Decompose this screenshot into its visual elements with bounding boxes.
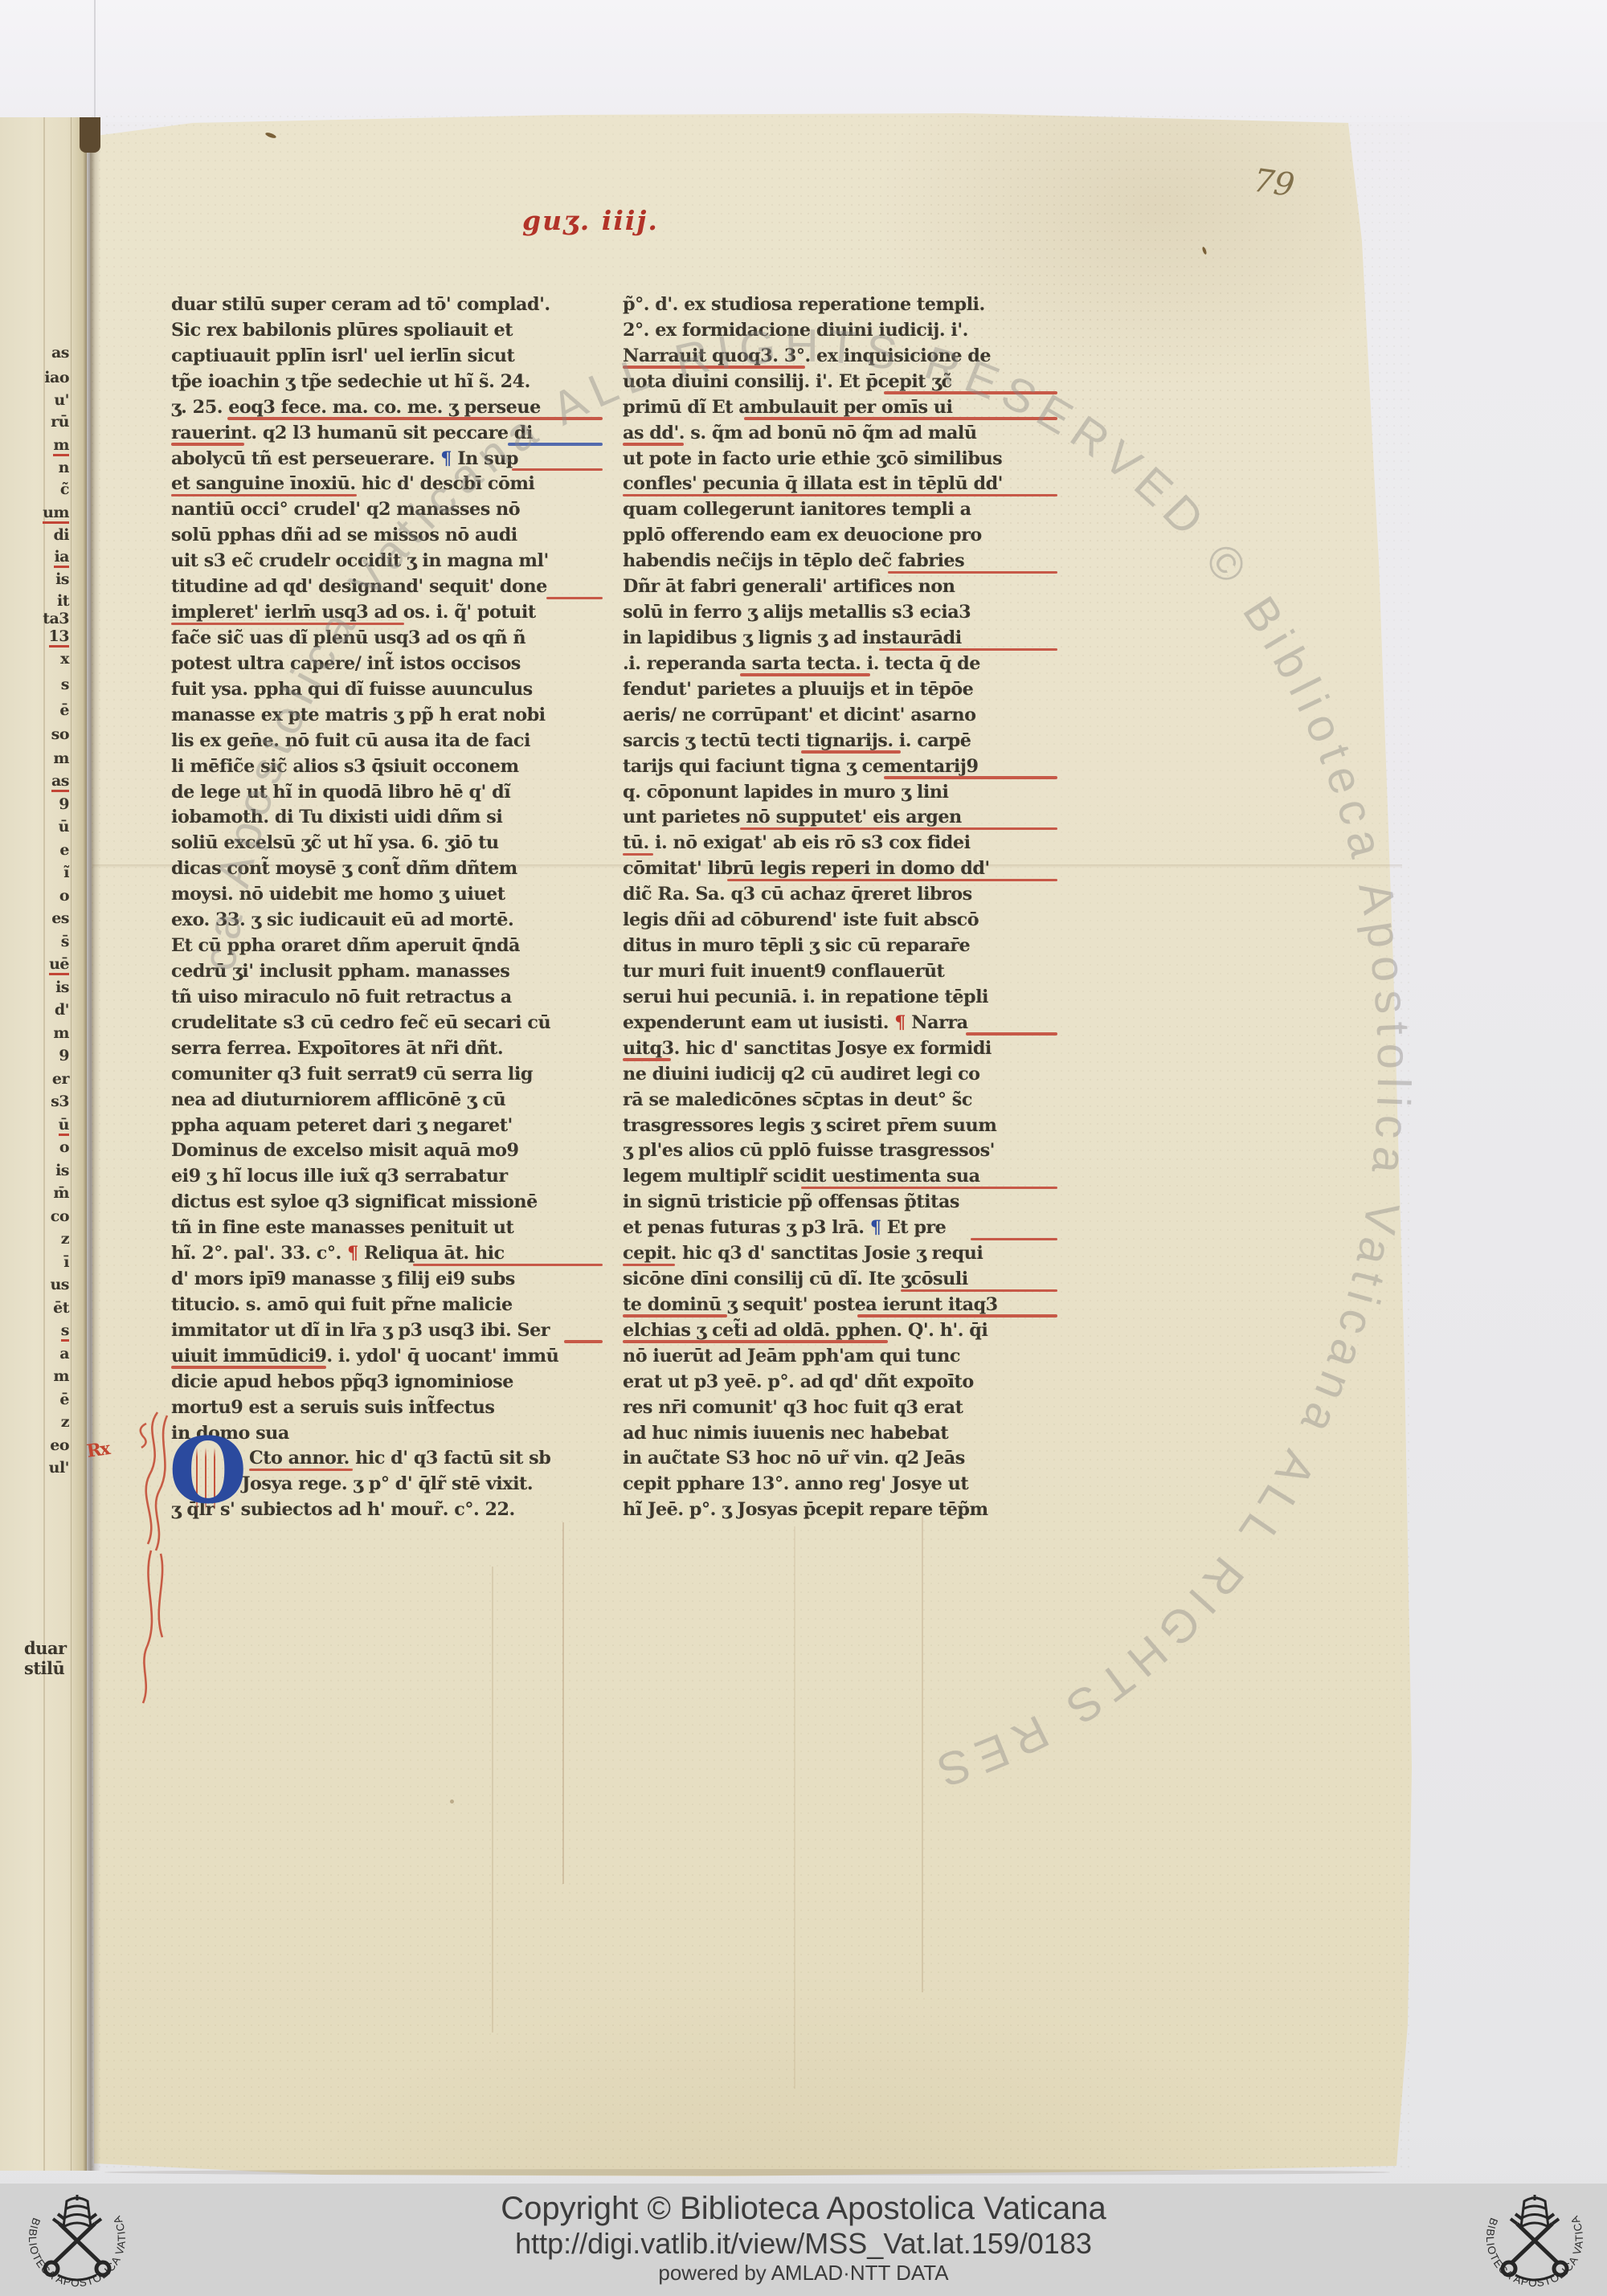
manuscript-line-text: res nr̄i comunit' q3 hoc fuit q3 erat xyxy=(623,1397,963,1418)
manuscript-line-text: cedrū ʒi' inclusit ppham. manasses xyxy=(171,961,509,982)
red-underline xyxy=(901,1289,1057,1292)
manuscript-line: solū in ferro ʒ alijs metallis s3 ecia3 xyxy=(623,602,1057,627)
manuscript-line: tarijs qui faciunt tigna ʒ cementarij9 xyxy=(623,756,1057,782)
manuscript-line: tū. i. nō exigat' ab eis rō s3 cox fidei xyxy=(623,832,1057,858)
manuscript-line: cedrū ʒi' inclusit ppham. manasses xyxy=(171,961,603,987)
facing-page-text-fragment: 13 xyxy=(49,629,69,648)
red-underline xyxy=(801,750,901,753)
manuscript-line: expenderunt eam ut iusisti. ¶ Narra xyxy=(623,1012,1057,1038)
manuscript-line-text: in signū tristicie pp̃ offensas p̃titas xyxy=(623,1191,959,1212)
manuscript-line-text: d' mors ipī9 manasse ʒ filij ei9 subs xyxy=(171,1269,515,1289)
red-underline xyxy=(623,1058,671,1060)
facing-page-text-fragment: ū xyxy=(59,819,69,835)
running-title: guʒ. iiij. xyxy=(522,205,659,236)
manuscript-line: serui hui pecuniā. i. in repatione tēpli xyxy=(623,987,1057,1012)
manuscript-line-text: dicie apud hebos pp̃q3 ignominiose xyxy=(171,1371,513,1392)
manuscript-line: ditus in muro tēpli ʒ sic cū reparar̄e xyxy=(623,935,1057,961)
manuscript-line: impleret' ierlm̄ usq3 ad os. i. q̃' potu… xyxy=(171,602,603,627)
facing-page-text-fragment: s̄ xyxy=(61,934,69,950)
manuscript-line: tñ in fine este manasses penituit ut xyxy=(171,1217,603,1243)
facing-page-text-fragment: is xyxy=(55,980,69,995)
red-underline xyxy=(623,1314,727,1317)
manuscript-line: primū dĩ Et ambulauit per omīs ui xyxy=(623,397,1057,423)
manuscript-line-text: exo. 33. ʒ sic iudicauit eū ad mortē. xyxy=(171,909,513,930)
manuscript-line-text: Dñr āt fabri generali' artifices non xyxy=(623,576,955,597)
red-underline xyxy=(227,417,603,419)
facing-page-text-fragment: s3 xyxy=(51,1094,69,1109)
manuscript-line-text: elchias ʒ cet̃i ad oldā. pphen. Q'. h'. … xyxy=(623,1320,988,1341)
powered-by-line: powered by AMLAD·NTT DATA xyxy=(0,2261,1607,2286)
manuscript-line-text: sicōne dīni consilij cū dĩ. Ite ʒcōsuli xyxy=(623,1269,968,1289)
manuscript-line-text: 2°. ex formidacione diuini iudicij. i'. xyxy=(623,320,968,341)
facing-page-text-fragment: m xyxy=(53,1026,69,1041)
manuscript-line-text: ad huc nimis iuuenis nec habebat xyxy=(623,1423,948,1444)
manuscript-line-text: in lapidibus ʒ lignis ʒ ad instaurādi xyxy=(623,627,962,648)
manuscript-line-text: Josya rege. ʒ p° d' q̄lr̃ stē vixit. xyxy=(242,1473,533,1494)
facing-page-text-fragment: ē xyxy=(59,703,69,718)
manuscript-line: titudine ad qd' designand' sequit' done xyxy=(171,576,603,602)
manuscript-line: uitq3. hic d' sanctitas Josye ex formidi xyxy=(623,1038,1057,1064)
manuscript-line: dictus est syloe q3 significat missionē xyxy=(171,1191,603,1217)
manuscript-line-text: dicas cont̃ moysē ʒ cont̃ dñm dñtem xyxy=(171,858,517,879)
facing-page-text-fragment: o xyxy=(59,889,69,904)
manuscript-line: pplō offerendo eam ex deuocione pro xyxy=(623,525,1057,550)
manuscript-line: dicie apud hebos pp̃q3 ignominiose xyxy=(171,1371,603,1397)
manuscript-line-text: serra ferrea. Expoītores āt nr̃i dñt. xyxy=(171,1038,503,1059)
manuscript-line-text: manasse ex pte matris ʒ pp̃ h erat nobi xyxy=(171,705,546,725)
facing-page-text-fragment: z xyxy=(61,1415,69,1430)
facing-page-text-fragment: di xyxy=(53,528,69,543)
manuscript-line-text: fendut' parietes a pluuijs et in tēpōe xyxy=(623,679,973,700)
blue-underline xyxy=(508,443,603,445)
red-underline xyxy=(623,1264,675,1266)
facing-page-edge xyxy=(71,117,72,2171)
manuscript-line-text: uota diuini consilij. i'. Et p̄cepit ʒc̃ xyxy=(623,371,952,392)
pilcrow-mark: ¶ xyxy=(870,1217,881,1238)
manuscript-line: li mēfic̃e sic̃ alios s3 q̄siuit occonem xyxy=(171,756,603,782)
manuscript-line-text: comuniter q3 fuit serrat9 cū serra lig xyxy=(171,1064,533,1085)
manuscript-line-text: ʒ pl'es alios cū pplō fuisse trasgressos… xyxy=(623,1140,995,1161)
manuscript-line-text: Cto annor. hic d' q3 factū sit sb xyxy=(249,1448,550,1469)
manuscript-line: in lapidibus ʒ lignis ʒ ad instaurādi xyxy=(623,627,1057,653)
manuscript-line-text: fuit ysa. ppha qui dĩ fuisse auunculus xyxy=(171,679,533,700)
facing-page-text-fragment: s xyxy=(61,677,69,692)
manuscript-line-text: de lege ut hĩ in quodā libro hē q' dĩ xyxy=(171,782,510,803)
manuscript-line: Dominus de excelso misit aquā mo9 xyxy=(171,1140,603,1166)
manuscript-line-text: dic̃ Ra. Sa. q3 cū achaz q̄reret libros xyxy=(623,884,972,905)
manuscript-line-text: Narrauit quoq3. 3°. ex inquisicione de xyxy=(623,345,991,366)
manuscript-line-text: unt parietes nō supputet' eis argen xyxy=(623,807,962,827)
gutter-notch xyxy=(80,117,100,153)
manuscript-line: comuniter q3 fuit serrat9 cū serra lig xyxy=(171,1064,603,1089)
facing-page-text-fragment: s xyxy=(61,1323,69,1342)
manuscript-line: ne diuini iudicij q2 cū audiret legi co xyxy=(623,1064,1057,1089)
manuscript-line: Sic rex babilonis plūres spoliauit et xyxy=(171,320,603,345)
manuscript-line-text: hĩ. 2°. pal'. 33. c°. ¶ Reliqua āt. hic xyxy=(171,1243,505,1264)
manuscript-line-text: quam collegerunt ianitores templi a xyxy=(623,499,971,520)
manuscript-line-text: tarijs qui faciunt tigna ʒ cementarij9 xyxy=(623,756,978,777)
manuscript-line: sarcis ʒ tectū tecti tignarijs. i. carpē xyxy=(623,730,1057,756)
manuscript-line-text: ppha aquam peteret dari ʒ negaret' xyxy=(171,1115,513,1136)
manuscript-line-text: tp̃e ioachin ʒ tp̃e sedechie ut hĩ s̃. 2… xyxy=(171,371,530,392)
facing-page-text-fragment: m xyxy=(53,1369,69,1384)
vertical-crease xyxy=(922,1514,923,1992)
red-underline xyxy=(801,1187,1057,1189)
red-underline xyxy=(623,853,653,856)
red-underline xyxy=(171,443,244,445)
facing-page-text-fragment: u' xyxy=(54,393,69,408)
facing-page-text-fragment: um xyxy=(43,505,69,524)
facing-page-text-fragment: ū xyxy=(59,1117,69,1136)
manuscript-line: cepit. hic q3 d' sanctitas Josie ʒ requi xyxy=(623,1243,1057,1269)
manuscript-line: captiuauit pplīn isrl' uel ierlīn sicut xyxy=(171,345,603,371)
manuscript-line-text: Et cū ppha oraret dñm aperuit q̄ndā xyxy=(171,935,520,956)
manuscript-line-text: sarcis ʒ tectū tecti tignarijs. i. carpē xyxy=(623,730,971,751)
facing-page-text-fragment: eo xyxy=(50,1438,69,1453)
manuscript-line: et sanguine īnoxiū. hic d' descbī cōmi xyxy=(171,473,603,499)
manuscript-line: ad huc nimis iuuenis nec habebat xyxy=(623,1423,1057,1448)
manuscript-line: res nr̄i comunit' q3 hoc fuit q3 erat xyxy=(623,1397,1057,1423)
red-underline xyxy=(623,443,684,445)
manuscript-line: legis dñi ad cōburend' iste fuit abscō xyxy=(623,909,1057,935)
manuscript-line: cōmitat' librū legis reperi in domo dd' xyxy=(623,858,1057,884)
vertical-crease xyxy=(492,1567,493,2032)
manuscript-scan-page: asiaou'rūmnc̃umdiiaisitta313xsēsomas9ūeĩ… xyxy=(0,0,1607,2296)
manuscript-line-text: abolycū tñ est perseuerare. ¶ In sup xyxy=(171,448,518,469)
manuscript-line-text: titucio. s. amō qui fuit pr̃ne malicie xyxy=(171,1294,513,1315)
facing-page-text-fragment: o xyxy=(59,1140,69,1155)
red-underline xyxy=(249,1469,353,1471)
manuscript-line-text: et penas futuras ʒ p3 lrā. ¶ Et pre xyxy=(623,1217,946,1238)
facing-page-text-fragment: n xyxy=(59,460,69,476)
manuscript-line-text: moysi. nō uidebit me homo ʒ uiuet xyxy=(171,884,505,905)
manuscript-line: fuit ysa. ppha qui dĩ fuisse auunculus xyxy=(171,679,603,705)
facing-page-text-fragment: er xyxy=(52,1072,69,1087)
facing-page-text-fragment: co xyxy=(51,1209,69,1224)
manuscript-line: exo. 33. ʒ sic iudicauit eū ad mortē. xyxy=(171,909,603,935)
manuscript-line: tñ uiso miraculo nō fuit retractus a xyxy=(171,987,603,1012)
manuscript-line-text: tñ uiso miraculo nō fuit retractus a xyxy=(171,987,512,1007)
facing-page-text-fragment: m̄ xyxy=(53,1186,69,1201)
manuscript-line-text: ne diuini iudicij q2 cū audiret legi co xyxy=(623,1064,980,1085)
facing-page-text-fragment: iao xyxy=(44,370,69,386)
facing-page-text-fragment: ē xyxy=(59,1392,69,1407)
facing-page-text-fragment: x xyxy=(60,652,69,667)
manuscript-line: tur muri fuit inuent9 conflauerūt xyxy=(623,961,1057,987)
manuscript-line-text: ei9 ʒ hĩ locus ille iux̃ q3 serrabatur xyxy=(171,1166,508,1187)
manuscript-line-text: li mēfic̃e sic̃ alios s3 q̄siuit occonem xyxy=(171,756,519,777)
manuscript-line-text: potest ultra capere/ int̃ istos occisos xyxy=(171,653,521,674)
manuscript-line-text: iobamoth. di Tu dixisti uidi dñm si xyxy=(171,807,502,827)
backing-sheet xyxy=(0,0,1607,122)
red-underline xyxy=(171,1366,326,1368)
red-underline xyxy=(879,648,1057,651)
manuscript-line-text: uit s3 ec̃ crudelr occidit ʒ in magna ml… xyxy=(171,550,549,571)
manuscript-line-text: immitator ut dĩ in lr̄a ʒ p3 usq3 ibi. S… xyxy=(171,1320,550,1341)
manuscript-line: ei9 ʒ hĩ locus ille iux̃ q3 serrabatur xyxy=(171,1166,603,1191)
facing-page-text-fragment: 9 xyxy=(59,797,69,812)
red-underline xyxy=(512,468,603,471)
red-underline xyxy=(623,494,1057,496)
catchword: duar stilū xyxy=(24,1638,87,1678)
red-underline xyxy=(623,1340,888,1342)
facing-page-text-fragment: 9 xyxy=(59,1048,69,1064)
manuscript-line: et penas futuras ʒ p3 lrā. ¶ Et pre xyxy=(623,1217,1057,1243)
manuscript-line: confles' pecunia q̄ illata est in tēplū … xyxy=(623,473,1057,499)
url-line: http://digi.vatlib.it/view/MSS_Vat.lat.1… xyxy=(0,2227,1607,2261)
page-bottom-shadow xyxy=(104,2169,1390,2175)
red-underline xyxy=(171,623,404,625)
facing-page-text-fragment: c̃ xyxy=(60,482,69,497)
manuscript-line: Narrauit quoq3. 3°. ex inquisicione de xyxy=(623,345,1057,371)
facing-page-text-fragment: ī xyxy=(63,1255,69,1270)
manuscript-line: lis ex gen̄e. nō fuit cū ausa ita de fac… xyxy=(171,730,603,756)
text-column-left: duar stilū super ceram ad tō' complad'.S… xyxy=(171,294,603,1525)
facing-page-text-fragment: ul' xyxy=(49,1461,69,1476)
manuscript-line-text: legis dñi ad cōburend' iste fuit abscō xyxy=(623,909,979,930)
manuscript-line: ut pote in facto urie ethie ʒcō similibu… xyxy=(623,448,1057,474)
facing-page-text-fragment: ia xyxy=(54,549,69,568)
red-underline xyxy=(966,1032,1057,1035)
manuscript-line-text: nantiū occi° crudel' q2 manasses nō xyxy=(171,499,520,520)
manuscript-line: solū pphas dñi ad se missos nō audi xyxy=(171,525,603,550)
red-underline xyxy=(857,1314,1057,1317)
manuscript-line: abolycū tñ est perseuerare. ¶ In sup xyxy=(171,448,603,474)
manuscript-line-text: impleret' ierlm̄ usq3 ad os. i. q̃' potu… xyxy=(171,602,536,623)
facing-page-text-fragment: d' xyxy=(55,1003,69,1018)
manuscript-line: erat ut p3 yeē. p°. ad qd' dñt expoīto xyxy=(623,1371,1057,1397)
manuscript-line: as dd'. s. q̃m ad bonū nō q̃m ad malū xyxy=(623,423,1057,448)
copyright-line: Copyright © Biblioteca Apostolica Vatica… xyxy=(0,2191,1607,2227)
red-underline xyxy=(884,776,1057,778)
manuscript-line-text: te dominū ʒ sequit' postea ierunt itaq3 xyxy=(623,1294,998,1315)
manuscript-line: de lege ut hĩ in quodā libro hē q' dĩ xyxy=(171,782,603,807)
manuscript-line-text: in auc̃tate S3 hoc nō ur̃ vin. q2 Jeās xyxy=(623,1448,965,1469)
facing-page-text-fragment: us xyxy=(50,1277,69,1293)
manuscript-line-text: tū. i. nō exigat' ab eis rō s3 cox fidei xyxy=(623,832,971,853)
manuscript-line: fac̃e sic̃ uas dĩ plenū usq3 ad os qñ ñ xyxy=(171,627,603,653)
manuscript-line-text: legem multiplr̃ scidit uestimenta sua xyxy=(623,1166,980,1187)
manuscript-line-text: .i. reperanda sarta tecta. i. tecta q̄ d… xyxy=(623,653,980,674)
manuscript-line: quam collegerunt ianitores templi a xyxy=(623,499,1057,525)
manuscript-line: nea ad diuturniorem afflicōnē ʒ cū xyxy=(171,1089,603,1115)
manuscript-line-text: serui hui pecuniā. i. in repatione tēpli xyxy=(623,987,988,1007)
manuscript-line: immitator ut dĩ in lr̄a ʒ p3 usq3 ibi. S… xyxy=(171,1320,603,1346)
pilcrow-mark: ¶ xyxy=(894,1012,906,1033)
facing-page-text-fragment: ta3 xyxy=(43,611,69,627)
facing-page-text-fragment: is xyxy=(55,572,69,587)
manuscript-line-text: as dd'. s. q̃m ad bonū nō q̃m ad malū xyxy=(623,423,977,443)
manuscript-line: cepit pphare 13°. anno reg' Josye ut xyxy=(623,1473,1057,1499)
manuscript-line-text: p̃°. d'. ex studiosa reperatione templi. xyxy=(623,294,985,315)
manuscript-line: q. cōponunt lapides in muro ʒ lini xyxy=(623,782,1057,807)
facing-page-text-fragment: ēt xyxy=(53,1301,69,1316)
backing-seam xyxy=(94,0,96,122)
manuscript-line-text: rā se maledicōnes sc̄ptas in deut° s̃c xyxy=(623,1089,972,1110)
facing-page-text-fragment: z xyxy=(61,1232,69,1247)
speck xyxy=(450,1800,454,1804)
red-underline xyxy=(744,417,1057,419)
manuscript-line: in auc̃tate S3 hoc nō ur̃ vin. q2 Jeās xyxy=(623,1448,1057,1473)
manuscript-line-text: Sic rex babilonis plūres spoliauit et xyxy=(171,320,513,341)
manuscript-line-text: habendis nec̃ijs in tēplo dec̃ fabries xyxy=(623,550,964,571)
manuscript-line-text: soliū excelsū ʒc̃ ut hĩ ysa. 6. ʒiō tu xyxy=(171,832,499,853)
manuscript-line: manasse ex pte matris ʒ pp̃ h erat nobi xyxy=(171,705,603,730)
manuscript-line-text: ʒ. 25. eoq3 fece. ma. co. me. ʒ perseue xyxy=(171,397,541,418)
manuscript-line-text: titudine ad qd' designand' sequit' done xyxy=(171,576,547,597)
manuscript-line: uiuit immūdici9. i. ydol' q̄ uocant' imm… xyxy=(171,1346,603,1371)
manuscript-line: fendut' parietes a pluuijs et in tēpōe xyxy=(623,679,1057,705)
manuscript-line: sicōne dīni consilij cū dĩ. Ite ʒcōsuli xyxy=(623,1269,1057,1294)
manuscript-line: dic̃ Ra. Sa. q3 cū achaz q̄reret libros xyxy=(623,884,1057,909)
manuscript-line: nō iuerūt ad Jeām pph'am qui tunc xyxy=(623,1346,1057,1371)
manuscript-line-text: dictus est syloe q3 significat missionē xyxy=(171,1191,538,1212)
red-underline xyxy=(546,597,603,599)
manuscript-line: rā se maledicōnes sc̄ptas in deut° s̃c xyxy=(623,1089,1057,1115)
pilcrow-mark: ¶ xyxy=(440,448,452,469)
manuscript-line-text: duar stilū super ceram ad tō' complad'. xyxy=(171,294,550,315)
facing-page-text-fragment: is xyxy=(55,1163,69,1179)
facing-page-text-fragment: it xyxy=(57,594,69,609)
text-column-right: p̃°. d'. ex studiosa reperatione templi.… xyxy=(623,294,1057,1525)
red-underline xyxy=(971,1238,1057,1240)
manuscript-line-text: fac̃e sic̃ uas dĩ plenū usq3 ad os qñ ñ xyxy=(171,627,525,648)
manuscript-line-text: ditus in muro tēpli ʒ sic cū reparar̄e xyxy=(623,935,970,956)
manuscript-line: hĩ Jeē. p°. ʒ Josyas p̄cepit repare tēp̃… xyxy=(623,1499,1057,1525)
facing-page-fold xyxy=(43,117,45,2171)
manuscript-line-text: cōmitat' librū legis reperi in domo dd' xyxy=(623,858,990,879)
manuscript-line-text: uitq3. hic d' sanctitas Josye ex formidi xyxy=(623,1038,992,1059)
gutter-shadow xyxy=(83,117,100,2171)
manuscript-line-text: aeris/ ne corrūpant' et dicint' asarno xyxy=(623,705,976,725)
manuscript-line-text: solū pphas dñi ad se missos nō audi xyxy=(171,525,517,545)
facing-page-strip: asiaou'rūmnc̃umdiiaisitta313xsēsomas9ūeĩ… xyxy=(0,117,87,2171)
manuscript-line: titucio. s. amō qui fuit pr̃ne malicie xyxy=(171,1294,603,1320)
manuscript-line: ʒ. 25. eoq3 fece. ma. co. me. ʒ perseue xyxy=(171,397,603,423)
red-underline xyxy=(740,827,1057,830)
manuscript-line: legem multiplr̃ scidit uestimenta sua xyxy=(623,1166,1057,1191)
manuscript-line-text: cepit. hic q3 d' sanctitas Josie ʒ requi xyxy=(623,1243,983,1264)
manuscript-line: duar stilū super ceram ad tō' complad'. xyxy=(171,294,603,320)
manuscript-line: .i. reperanda sarta tecta. i. tecta q̄ d… xyxy=(623,653,1057,679)
manuscript-line: ppha aquam peteret dari ʒ negaret' xyxy=(171,1115,603,1141)
red-underline xyxy=(171,494,357,496)
red-underline xyxy=(623,366,805,368)
manuscript-line: trasgressores legis ʒ sciret pr̄em suum xyxy=(623,1115,1057,1141)
manuscript-line-text: ut pote in facto urie ethie ʒcō similibu… xyxy=(623,448,1002,469)
manuscript-line: soliū excelsū ʒc̃ ut hĩ ysa. 6. ʒiō tu xyxy=(171,832,603,858)
manuscript-line-text: pplō offerendo eam ex deuocione pro xyxy=(623,525,982,545)
vertical-crease xyxy=(562,1522,564,1884)
red-underline xyxy=(413,1264,603,1266)
manuscript-line-text: tur muri fuit inuent9 conflauerūt xyxy=(623,961,944,982)
facing-page-text-fragment: uē xyxy=(49,957,69,975)
manuscript-line-text: trasgressores legis ʒ sciret pr̄em suum xyxy=(623,1115,996,1136)
manuscript-line-text: nō iuerūt ad Jeām pph'am qui tunc xyxy=(623,1346,960,1367)
facing-page-text-fragment: as xyxy=(51,345,69,361)
manuscript-line: unt parietes nō supputet' eis argen xyxy=(623,807,1057,832)
manuscript-line: 2°. ex formidacione diuini iudicij. i'. xyxy=(623,320,1057,345)
manuscript-line: serra ferrea. Expoītores āt nr̃i dñt. xyxy=(171,1038,603,1064)
manuscript-line: potest ultra capere/ int̃ istos occisos xyxy=(171,653,603,679)
manuscript-line: nantiū occi° crudel' q2 manasses nō xyxy=(171,499,603,525)
manuscript-line: aeris/ ne corrūpant' et dicint' asarno xyxy=(623,705,1057,730)
manuscript-line-text: captiuauit pplīn isrl' uel ierlīn sicut xyxy=(171,345,514,366)
manuscript-line: moysi. nō uidebit me homo ʒ uiuet xyxy=(171,884,603,909)
manuscript-line: elchias ʒ cet̃i ad oldā. pphen. Q'. h'. … xyxy=(623,1320,1057,1346)
pilcrow-mark: ¶ xyxy=(347,1243,358,1264)
manuscript-line-text: rauerint. q2 l3 humanū sit peccare di xyxy=(171,423,533,443)
red-underline xyxy=(727,879,1057,881)
manuscript-line: uit s3 ec̃ crudelr occidit ʒ in magna ml… xyxy=(171,550,603,576)
manuscript-line-text: primū dĩ Et ambulauit per omīs ui xyxy=(623,397,952,418)
facing-page-text-fragment: es xyxy=(51,911,69,926)
manuscript-line: habendis nec̃ijs in tēplo dec̃ fabries xyxy=(623,550,1057,576)
manuscript-line-text: tñ in fine este manasses penituit ut xyxy=(171,1217,513,1238)
manuscript-line: dicas cont̃ moysē ʒ cont̃ dñm dñtem xyxy=(171,858,603,884)
manuscript-line: hĩ. 2°. pal'. 33. c°. ¶ Reliqua āt. hic xyxy=(171,1243,603,1269)
manuscript-line-text: nea ad diuturniorem afflicōnē ʒ cū xyxy=(171,1089,505,1110)
manuscript-line-text: lis ex gen̄e. nō fuit cū ausa ita de fac… xyxy=(171,730,530,751)
facing-page-text-fragment: a xyxy=(59,1346,69,1362)
manuscript-line-text: crudelitate s3 cū cedro fec̃ eū secari c… xyxy=(171,1012,550,1033)
manuscript-line-text: et sanguine īnoxiū. hic d' descbī cōmi xyxy=(171,473,534,494)
manuscript-line-text: hĩ Jeē. p°. ʒ Josyas p̄cepit repare tēp̃… xyxy=(623,1499,988,1520)
red-underline xyxy=(888,571,1057,574)
manuscript-line: Et cū ppha oraret dñm aperuit q̄ndā xyxy=(171,935,603,961)
facing-page-text-fragment: e xyxy=(59,843,69,858)
red-underline xyxy=(884,391,1057,394)
manuscript-line: te dominū ʒ sequit' postea ierunt itaq3 xyxy=(623,1294,1057,1320)
manuscript-line: iobamoth. di Tu dixisti uidi dñm si xyxy=(171,807,603,832)
red-underline xyxy=(564,1340,603,1342)
facing-page-text-fragment: m xyxy=(53,751,69,766)
manuscript-line-text: cepit pphare 13°. anno reg' Josye ut xyxy=(623,1473,968,1494)
initial-flourish xyxy=(111,1407,191,1713)
facing-page-text-fragment: as xyxy=(51,774,69,792)
manuscript-line: p̃°. d'. ex studiosa reperatione templi. xyxy=(623,294,1057,320)
manuscript-line: uota diuini consilij. i'. Et p̄cepit ʒc̃ xyxy=(623,371,1057,397)
facing-page-text-fragment: m xyxy=(53,438,69,456)
manuscript-line-text: Dominus de excelso misit aquā mo9 xyxy=(171,1140,519,1161)
facing-page-text-fragment: so xyxy=(51,727,69,742)
manuscript-line-text: q. cōponunt lapides in muro ʒ lini xyxy=(623,782,948,803)
red-underline xyxy=(740,673,870,676)
facing-page-text-fragment: ĩ xyxy=(63,865,69,880)
footer-bar: BIBLIOTECA APOSTOLICA VATICANA BIBLIOTEC… xyxy=(0,2184,1607,2296)
manuscript-line: rauerint. q2 l3 humanū sit peccare di xyxy=(171,423,603,448)
manuscript-line: tp̃e ioachin ʒ tp̃e sedechie ut hĩ s̃. 2… xyxy=(171,371,603,397)
manuscript-line: ʒ pl'es alios cū pplō fuisse trasgressos… xyxy=(623,1140,1057,1166)
vertical-crease xyxy=(794,1526,795,2089)
manuscript-line: Dñr āt fabri generali' artifices non xyxy=(623,576,1057,602)
manuscript-line-text: solū in ferro ʒ alijs metallis s3 ecia3 xyxy=(623,602,971,623)
manuscript-line-text: expenderunt eam ut iusisti. ¶ Narra xyxy=(623,1012,968,1033)
facing-page-text-fragment: rū xyxy=(51,415,69,430)
manuscript-line: crudelitate s3 cū cedro fec̃ eū secari c… xyxy=(171,1012,603,1038)
manuscript-line: in signū tristicie pp̃ offensas p̃titas xyxy=(623,1191,1057,1217)
manuscript-line-text: erat ut p3 yeē. p°. ad qd' dñt expoīto xyxy=(623,1371,974,1392)
manuscript-line: d' mors ipī9 manasse ʒ filij ei9 subs xyxy=(171,1269,603,1294)
folio-number: 79 xyxy=(1251,162,1297,205)
margin-annotation: Rx xyxy=(85,1438,110,1462)
manuscript-line-text: mortu9 est a seruis suis int̃fectus xyxy=(171,1397,494,1418)
manuscript-line-text: confles' pecunia q̄ illata est in tēplū … xyxy=(623,473,1003,494)
manuscript-line-text: uiuit immūdici9. i. ydol' q̄ uocant' imm… xyxy=(171,1346,558,1367)
